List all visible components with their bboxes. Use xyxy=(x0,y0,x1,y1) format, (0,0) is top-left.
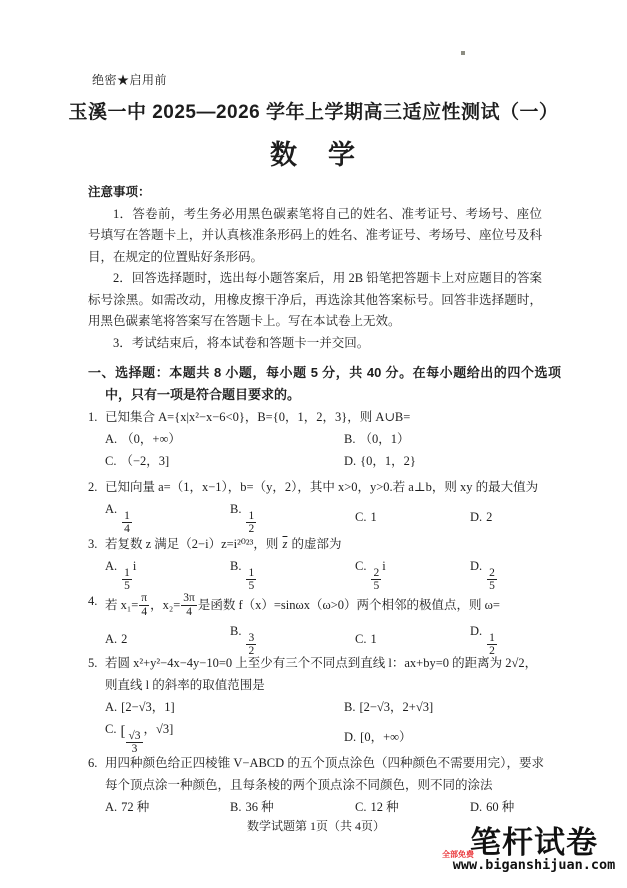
option-label: B. xyxy=(344,432,355,446)
brand-watermark: 笔杆试卷 全部免费 www.biganshijuan.com xyxy=(443,826,625,873)
option-label: A. xyxy=(105,700,117,714)
option-label: A. xyxy=(105,800,117,814)
question-5-option-d: D.[0，+∞） xyxy=(344,726,544,748)
open-bracket: [ xyxy=(120,723,125,739)
question-6-option-c: C.12 种 xyxy=(355,796,470,818)
notice-block: 注意事项： 1．答卷前，考生务必用黑色碳素笔将自己的姓名、准考证号、考场号、座位… xyxy=(88,182,542,354)
fraction-numerator: π xyxy=(139,592,149,606)
scan-artifact-dot xyxy=(461,51,465,55)
fraction-numerator: 1 xyxy=(246,567,256,581)
question-2-number: 2. xyxy=(88,476,105,536)
fraction-numerator: 1 xyxy=(487,632,497,646)
question-5-stem-line-2: 则直线 l 的斜率的取值范围是 xyxy=(105,674,544,696)
option-label: D. xyxy=(470,800,482,814)
question-5-option-c: C.[√33，√3] xyxy=(105,718,344,756)
subject-title: 数 学 xyxy=(0,133,627,172)
stem-text: 若复数 z 满足（2−i）z=i²⁰²³，则 xyxy=(105,537,278,551)
question-2-option-a: A.14 xyxy=(105,498,230,536)
notice-heading: 注意事项： xyxy=(88,182,542,204)
question-5-option-b: B.[2−√3，2+√3] xyxy=(344,696,544,718)
question-4: 4. 若 x₁=π4，x₂=3π4是函数 f（x）=sinωx（ω>0）两个相邻… xyxy=(88,590,544,658)
option-label: D. xyxy=(470,624,482,638)
option-text: （0，+∞） xyxy=(121,432,181,446)
stem-text: ，x₂= xyxy=(150,594,180,616)
option-label: C. xyxy=(355,510,366,524)
option-suffix: i xyxy=(133,559,136,573)
question-3-stem: 若复数 z 满足（2−i）z=i²⁰²³，则 z 的虚部为 xyxy=(105,533,544,555)
question-3-option-c: C.25i xyxy=(355,555,470,593)
option-label: A. xyxy=(105,559,117,573)
fraction-numerator: 2 xyxy=(371,567,381,581)
stem-text: 的虚部为 xyxy=(292,537,342,551)
question-1-number: 1. xyxy=(88,406,105,472)
question-4-option-a: A.2 xyxy=(105,628,230,650)
question-1-stem: 已知集合 A={x|x²−x−6<0}，B={0，1，2，3}，则 A∪B= xyxy=(105,406,544,428)
fraction-numerator: √3 xyxy=(126,730,142,744)
option-label: A. xyxy=(105,432,117,446)
option-text: ，√3] xyxy=(144,722,174,736)
option-label: B. xyxy=(344,700,355,714)
question-2-option-c: C.1 xyxy=(355,506,470,528)
fraction-numerator: 3 xyxy=(246,632,256,646)
option-text: （−2，3] xyxy=(120,454,169,468)
option-text: 2 xyxy=(121,632,127,646)
option-label: B. xyxy=(230,624,241,638)
option-label: D. xyxy=(344,454,356,468)
question-6: 6. 用四种颜色给正四棱锥 V−ABCD 的五个顶点涂色（四种颜色不需要用完），… xyxy=(88,752,544,818)
option-label: B. xyxy=(230,800,241,814)
fraction: π4 xyxy=(139,592,149,618)
question-3-option-a: A.15i xyxy=(105,555,230,593)
question-6-stem: 用四种颜色给正四棱锥 V−ABCD 的五个顶点涂色（四种颜色不需要用完），要求每… xyxy=(105,752,544,796)
question-5-stem-line-1: 若圆 x²+y²−4x−4y−10=0 上至少有三个不同点到直线 l：ax+by… xyxy=(105,652,544,674)
question-2-option-d: D.2 xyxy=(470,506,544,528)
question-6-option-d: D.60 种 xyxy=(470,796,544,818)
question-4-option-c: C.1 xyxy=(355,628,470,650)
option-text: 1 xyxy=(370,632,376,646)
question-2: 2. 已知向量 a=（1，x−1），b=（y，2），其中 x>0，y>0.若 a… xyxy=(88,476,544,536)
option-text: 72 种 xyxy=(121,800,149,814)
question-3-option-b: B.15 xyxy=(230,555,355,593)
question-6-option-b: B.36 种 xyxy=(230,796,355,818)
question-6-number: 6. xyxy=(88,752,105,818)
option-label: D. xyxy=(470,559,482,573)
option-text: [2−√3，2+√3] xyxy=(359,700,433,714)
option-text: 2 xyxy=(486,510,492,524)
option-text: 36 种 xyxy=(245,800,273,814)
option-text: [0，+∞） xyxy=(360,730,411,744)
classification-label: 绝密★启用前 xyxy=(92,71,167,88)
option-label: C. xyxy=(355,800,366,814)
brand-url: www.biganshijuan.com xyxy=(443,858,625,873)
notice-item-1: 1．答卷前，考生务必用黑色碳素笔将自己的姓名、准考证号、考场号、座位号填写在答题… xyxy=(88,204,542,269)
question-2-stem: 已知向量 a=（1，x−1），b=（y，2），其中 x>0，y>0.若 a⊥b，… xyxy=(105,476,544,498)
page-title: 玉溪一中 2025—2026 学年上学期高三适应性测试（一） xyxy=(0,97,627,124)
stem-text: 是函数 f（x）=sinωx（ω>0）两个相邻的极值点，则 ω= xyxy=(198,594,500,616)
brand-free-tag: 全部免费 xyxy=(442,849,474,860)
fraction-numerator: 1 xyxy=(122,567,132,581)
question-1-option-c: C.（−2，3] xyxy=(105,450,344,472)
question-5-option-a: A.[2−√3，1] xyxy=(105,696,344,718)
option-label: C. xyxy=(105,722,116,736)
fraction-numerator: 1 xyxy=(122,510,132,524)
question-4-number: 4. xyxy=(88,590,105,658)
question-6-option-a: A.72 种 xyxy=(105,796,230,818)
question-1: 1. 已知集合 A={x|x²−x−6<0}，B={0，1，2，3}，则 A∪B… xyxy=(88,406,544,472)
fraction-numerator: 3π xyxy=(181,592,197,606)
fraction-denominator: 4 xyxy=(184,606,194,619)
fraction: 3π4 xyxy=(181,592,197,618)
notice-item-3: 3．考试结束后，将本试卷和答题卡一并交回。 xyxy=(88,333,542,355)
question-3-number: 3. xyxy=(88,533,105,593)
conjugate-z-overline: z xyxy=(282,537,289,551)
fraction-numerator: 1 xyxy=(246,510,256,524)
option-text: 1 xyxy=(370,510,376,524)
option-text: 12 种 xyxy=(370,800,398,814)
question-5-number: 5. xyxy=(88,652,105,756)
option-label: A. xyxy=(105,502,117,516)
option-label: B. xyxy=(230,502,241,516)
question-3: 3. 若复数 z 满足（2−i）z=i²⁰²³，则 z 的虚部为 A.15i B… xyxy=(88,533,544,593)
fraction-numerator: 2 xyxy=(487,567,497,581)
question-4-stem: 若 x₁=π4，x₂=3π4是函数 f（x）=sinωx（ω>0）两个相邻的极值… xyxy=(105,590,544,620)
option-label: C. xyxy=(105,454,116,468)
option-suffix: i xyxy=(382,559,385,573)
option-label: D. xyxy=(344,730,356,744)
option-label: A. xyxy=(105,632,117,646)
question-1-option-b: B.（0，1） xyxy=(344,428,544,450)
question-1-option-d: D.{0，1，2} xyxy=(344,450,544,472)
option-text: （0，1） xyxy=(359,432,409,446)
option-text: {0，1，2} xyxy=(360,454,416,468)
notice-item-2: 2．回答选择题时，选出每小题答案后，用 2B 铅笔把答题卡上对应题目的答案标号涂… xyxy=(88,268,542,333)
option-text: 60 种 xyxy=(486,800,514,814)
fraction-denominator: 4 xyxy=(139,606,149,619)
option-label: C. xyxy=(355,632,366,646)
question-1-option-a: A.（0，+∞） xyxy=(105,428,344,450)
option-label: B. xyxy=(230,559,241,573)
option-label: C. xyxy=(355,559,366,573)
question-2-option-b: B.12 xyxy=(230,498,355,536)
question-3-option-d: D.25 xyxy=(470,555,544,593)
stem-text: 若 x₁= xyxy=(105,594,138,616)
option-label: D. xyxy=(470,510,482,524)
exam-paper-page: 绝密★启用前 玉溪一中 2025—2026 学年上学期高三适应性测试（一） 数 … xyxy=(0,0,627,888)
question-5: 5. 若圆 x²+y²−4x−4y−10=0 上至少有三个不同点到直线 l：ax… xyxy=(88,652,544,756)
option-text: [2−√3，1] xyxy=(121,700,175,714)
section-heading: 一、选择题：本题共 8 小题，每小题 5 分，共 40 分。在每小题给出的四个选… xyxy=(88,362,561,406)
